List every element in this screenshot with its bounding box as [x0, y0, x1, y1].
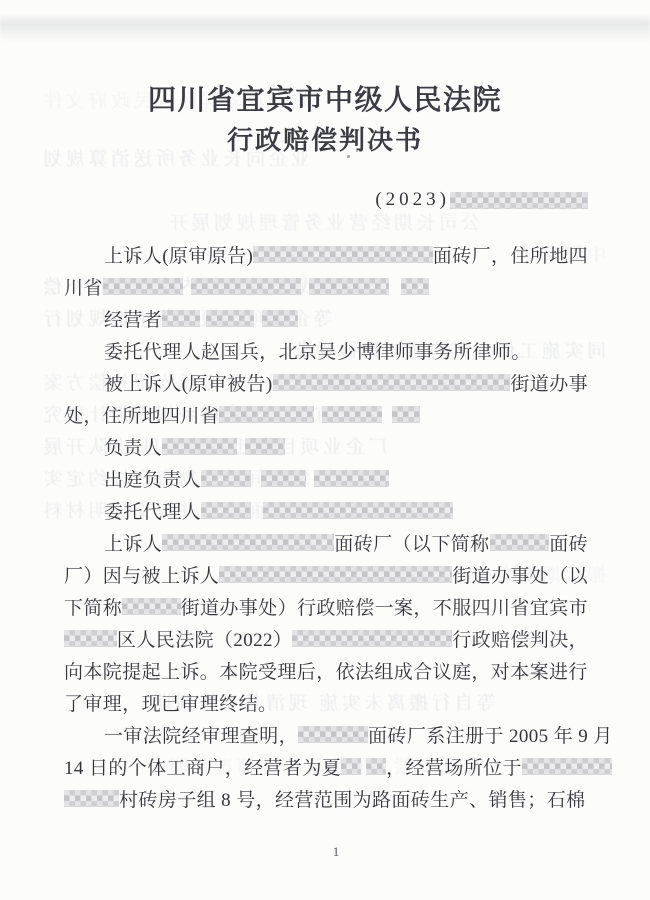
text-run: ，经营场所位于 — [386, 753, 522, 780]
redacted-text — [206, 310, 254, 327]
scan-speck — [347, 155, 350, 158]
text-run: 街道办事 — [510, 369, 588, 396]
judgment-line: 上诉人面砖厂（以下简称面砖 — [64, 526, 588, 558]
judgment-body: 上诉人(原审原告)面砖厂，住所地四川省经营者委托代理人赵国兵，北京吴少博律师事务… — [64, 238, 588, 814]
text-run: 面砖厂，住所地四 — [433, 241, 588, 268]
redacted-text — [263, 502, 453, 519]
redacted-text — [162, 310, 200, 327]
court-name-title: 四川省宜宾市中级人民法院 — [0, 78, 650, 118]
text-run: 委托代理人赵国兵，北京吴少博律师事务所律师。 — [104, 337, 531, 364]
redaction-gap — [314, 414, 322, 415]
judgment-line: 向本院提起上诉。本院受理后，依法组成合议庭，对本案进行 — [64, 654, 588, 686]
text-run: 行政赔偿判决， — [452, 625, 588, 652]
judgment-line: 一审法院经审理查明，面砖厂系注册于 2005 年 9 月 — [64, 718, 588, 750]
judgment-line: 负责人 — [64, 430, 588, 462]
judgment-line: 川省 — [64, 270, 588, 302]
judgment-line: 上诉人(原审原告)面砖厂，住所地四 — [64, 238, 588, 270]
redacted-text — [341, 758, 361, 775]
redacted-text — [392, 406, 420, 423]
redacted-text — [64, 790, 119, 807]
redaction-gap — [306, 478, 314, 479]
redacted-text — [122, 598, 180, 615]
text-run: 委托代理人 — [104, 497, 201, 524]
page-number: 1 — [11, 844, 650, 860]
case-number-line: (2023) — [375, 184, 588, 216]
text-run: 村砖房子组 8 号，经营范围为路面砖生产、销售；石棉 — [119, 785, 585, 812]
redacted-text — [314, 470, 389, 487]
text-run: 面砖厂（以下简称 — [334, 529, 489, 556]
redacted-text — [253, 246, 433, 263]
redacted-text — [298, 726, 368, 743]
redacted-text — [162, 534, 334, 551]
redaction-gap — [183, 286, 191, 287]
redacted-text — [201, 470, 251, 487]
judgment-line: 村砖房子组 8 号，经营范围为路面砖生产、销售；石棉 — [64, 782, 588, 814]
judgment-line: 出庭负责人 — [64, 462, 588, 494]
case-year-prefix: (2023) — [375, 189, 450, 211]
redacted-text — [201, 502, 251, 519]
redacted-text — [522, 758, 612, 775]
redacted-text — [366, 758, 386, 775]
judgment-line: 委托代理人赵国兵，北京吴少博律师事务所律师。 — [64, 334, 588, 366]
redacted-text — [219, 406, 314, 423]
text-run: 被上诉人(原审被告) — [104, 369, 273, 396]
redacted-text — [309, 278, 389, 295]
scan-artifact-band — [0, 14, 650, 42]
text-run: 区人民法院（2022） — [117, 625, 292, 652]
redacted-text — [245, 438, 285, 455]
judgment-line: 被上诉人(原审被告)街道办事 — [64, 366, 588, 398]
redacted-text — [490, 534, 550, 551]
text-run: 川省 — [64, 273, 103, 300]
text-run: 出庭负责人 — [104, 465, 201, 492]
redaction-gap — [389, 286, 401, 287]
redacted-text — [262, 310, 298, 327]
case-number-redaction — [450, 192, 588, 209]
text-run: 面砖厂系注册于 2005 年 9 月 — [368, 721, 613, 748]
judgment-line: 处，住所地四川省 — [64, 398, 588, 430]
text-run: 上诉人(原审原告) — [104, 241, 253, 268]
judgment-line: 区人民法院（2022）行政赔偿判决， — [64, 622, 588, 654]
redaction-gap — [237, 446, 245, 447]
redacted-text — [322, 406, 382, 423]
text-run: 处，住所地四川省 — [64, 401, 219, 428]
text-run: 厂）因与被上诉人 — [64, 561, 219, 588]
redaction-gap — [251, 510, 263, 511]
text-run: 经营者 — [104, 305, 162, 332]
text-run: 14 日的个体工商户，经营者为夏 — [64, 753, 341, 780]
redacted-text — [64, 630, 117, 647]
text-run: 街道办事处）行政赔偿一案，不服四川省宜宾市 — [181, 593, 588, 620]
text-run: 负责人 — [104, 433, 162, 460]
judgment-line: 委托代理人 — [64, 494, 588, 526]
text-run: 一审法院经审理查明， — [104, 721, 298, 748]
document-header: 四川省宜宾市中级人民法院 行政赔偿判决书 — [0, 78, 650, 157]
redaction-gap — [254, 318, 262, 319]
redacted-text — [401, 278, 429, 295]
judgment-line: 经营者 — [64, 302, 588, 334]
document-type-title: 行政赔偿判决书 — [0, 120, 650, 157]
redaction-gap — [251, 478, 261, 479]
text-run: 下简称 — [64, 593, 122, 620]
text-run: 街道办事处（以 — [452, 561, 588, 588]
scan-speck — [356, 150, 358, 152]
redacted-text — [219, 566, 452, 583]
text-run: 了审理，现已审理终结。 — [64, 689, 277, 716]
text-run: 面砖 — [549, 529, 588, 556]
redacted-text — [292, 630, 452, 647]
text-run: 向本院提起上诉。本院受理后，依法组成合议庭，对本案进行 — [64, 657, 588, 684]
redaction-gap — [382, 414, 392, 415]
redacted-text — [162, 438, 237, 455]
redacted-text — [191, 278, 301, 295]
judgment-line: 了审理，现已审理终结。 — [64, 686, 588, 718]
judgment-line: 下简称街道办事处）行政赔偿一案，不服四川省宜宾市 — [64, 590, 588, 622]
redacted-text — [261, 470, 306, 487]
redacted-text — [273, 374, 511, 391]
scanned-judgment-page: 宜宾市翠屏区人民政府文件业企向长业务所送消算规划公司长期经营业务管理规划展开中警… — [0, 0, 650, 900]
judgment-line: 厂）因与被上诉人街道办事处（以 — [64, 558, 588, 590]
judgment-line: 14 日的个体工商户，经营者为夏，经营场所位于 — [64, 750, 588, 782]
redacted-text — [103, 278, 183, 295]
redaction-gap — [301, 286, 309, 287]
text-run: 上诉人 — [104, 529, 162, 556]
